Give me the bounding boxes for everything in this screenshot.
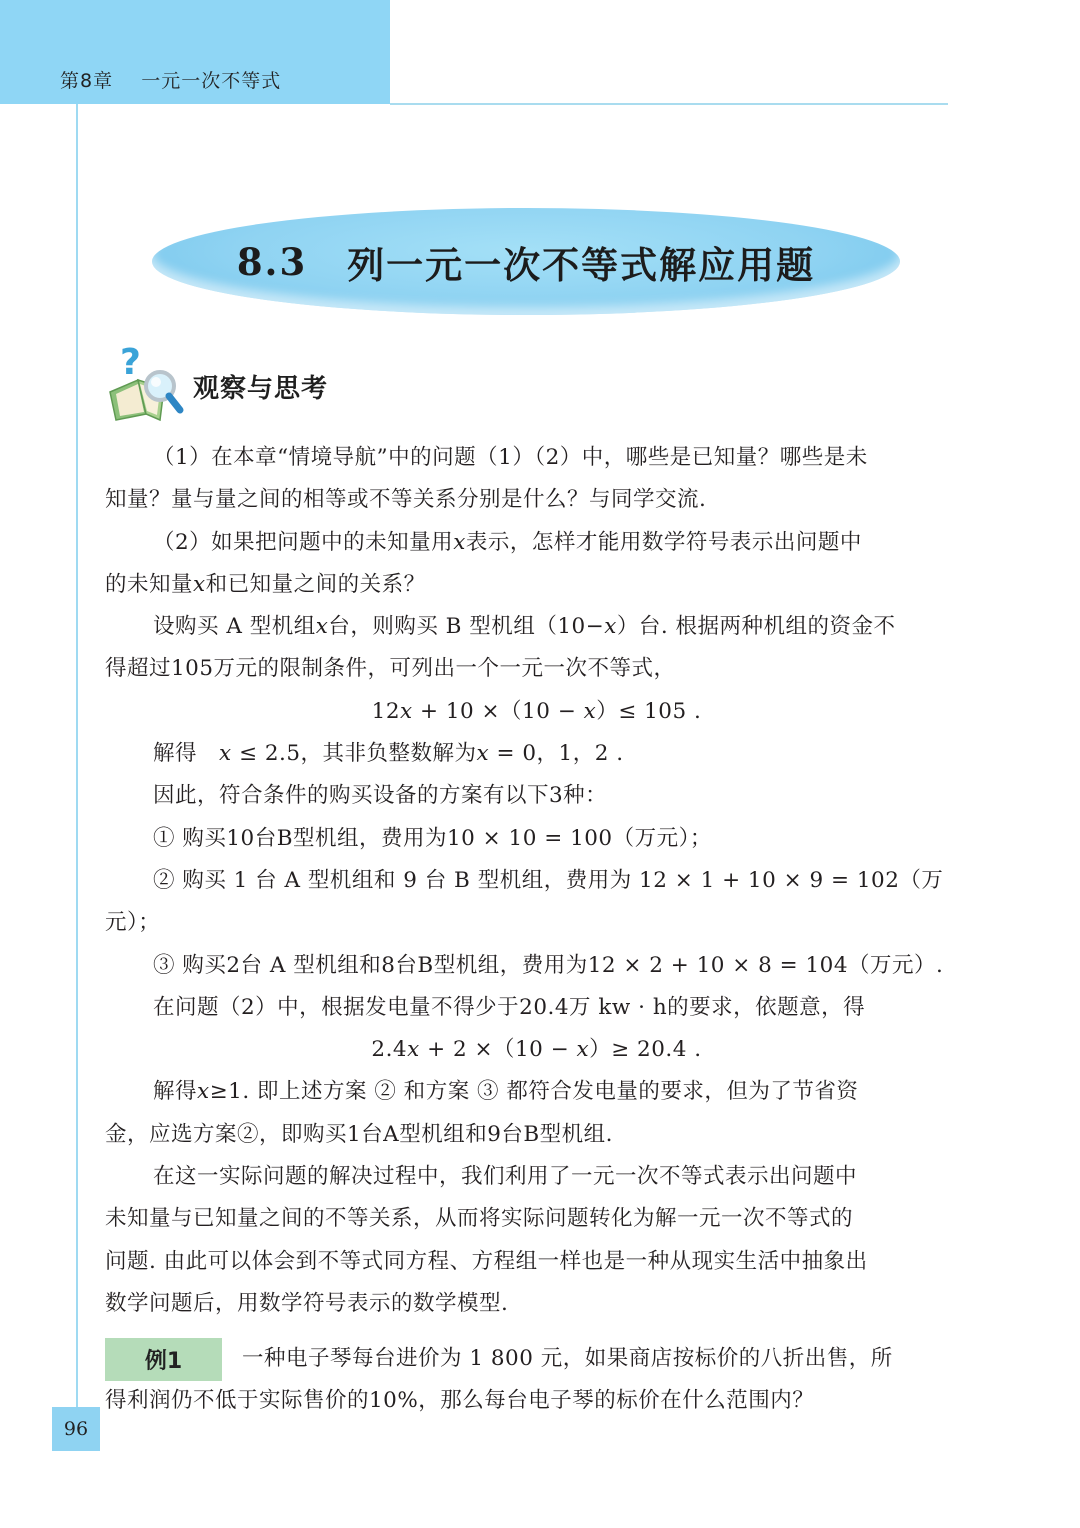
setup-line-2: 得超过105万元的限制条件，可列出一个一元一次不等式， [105, 648, 948, 690]
text: 台，则购买 B 型机组（10− [328, 614, 604, 639]
solution-1: 解得 x ≤ 2.5，其非负整数解为x = 0，1，2 . [105, 733, 948, 775]
summary-line-4: 数学问题后，用数学符号表示的数学模型. [105, 1283, 948, 1325]
text: 设购买 A 型机组 [153, 614, 316, 639]
variable-x: x [400, 699, 413, 724]
text: 的未知量 [105, 572, 193, 597]
section-title: 8.3 列一元一次不等式解应用题 [152, 208, 900, 315]
plan-3: ③ 购买2台 A 型机组和8台B型机组，费用为12 × 2 + 10 × 8 =… [105, 945, 948, 987]
plan-2-line-2: 元）； [105, 902, 948, 944]
plans-intro: 因此，符合条件的购买设备的方案有以下3种： [105, 775, 948, 817]
variable-x: x [477, 741, 490, 766]
variable-x: x [197, 1079, 210, 1104]
text: + 10 ×（10 − [413, 699, 584, 724]
solution-2-line-2: 金，应选方案②，即购买1台A型机组和9台B型机组. [105, 1114, 948, 1156]
text: ≤ 2.5，其非负整数解为 [232, 741, 477, 766]
question-2-line-1: （2）如果把问题中的未知量用x表示，怎样才能用数学符号表示出问题中 [105, 522, 948, 564]
solution-2-line-1: 解得x≥1. 即上述方案 ② 和方案 ③ 都符合发电量的要求，但为了节省资 [105, 1071, 948, 1113]
lesson-body: （1）在本章“情境导航”中的问题（1）（2）中，哪些是已知量？哪些是未 知量？量… [105, 437, 948, 1325]
plan-2-line-1: ② 购买 1 台 A 型机组和 9 台 B 型机组，费用为 12 × 1 + 1… [105, 860, 948, 902]
text: 表示，怎样才能用数学符号表示出问题中 [466, 530, 862, 555]
text: = 0，1，2 . [489, 741, 623, 766]
variable-x: x [407, 1037, 420, 1062]
summary-line-2: 未知量与已知量之间的不等关系，从而将实际问题转化为解一元一次不等式的 [105, 1198, 948, 1240]
question-1-line-1: （1）在本章“情境导航”中的问题（1）（2）中，哪些是已知量？哪些是未 [105, 437, 948, 479]
text: 解得 [153, 741, 219, 766]
text: ）≥ 20.4 . [589, 1037, 701, 1062]
text: 2.4 [371, 1037, 407, 1062]
question-1-line-2: 知量？量与量之间的相等或不等关系分别是什么？与同学交流. [105, 479, 948, 521]
inequality-1: 12x + 10 ×（10 − x）≤ 105 . [105, 691, 948, 733]
variable-x: x [316, 614, 329, 639]
inequality-2: 2.4x + 2 ×（10 − x）≥ 20.4 . [105, 1029, 948, 1071]
svg-text:?: ? [120, 342, 141, 383]
example-line-2: 得利润仍不低于实际售价的10%，那么每台电子琴的标价在什么范围内？ [105, 1380, 948, 1422]
text: 解得 [153, 1079, 197, 1104]
chapter-title: 一元一次不等式 [141, 70, 281, 92]
text: ）≤ 105 . [596, 699, 701, 724]
question-2-line-2: 的未知量x和已知量之间的关系？ [105, 564, 948, 606]
chapter-number: 第8章 [60, 70, 113, 92]
margin-line [76, 104, 78, 1409]
header-rule [390, 103, 948, 105]
text: （2）如果把问题中的未知量用 [153, 530, 453, 555]
section-number: 8.3 [237, 240, 307, 284]
chapter-header: 第8章 一元一次不等式 [60, 66, 281, 93]
text: ≥1. 即上述方案 ② 和方案 ③ 都符合发电量的要求，但为了节省资 [210, 1079, 859, 1104]
plan-1: ① 购买10台B型机组，费用为10 × 10 = 100（万元）； [105, 818, 948, 860]
variable-x: x [193, 572, 206, 597]
example-text: 一种电子琴每台进价为 1 800 元，如果商店按标价的八折出售，所 得利润仍不低… [105, 1338, 948, 1423]
summary-line-3: 问题. 由此可以体会到不等式同方程、方程组一样也是一种从现实生活中抽象出 [105, 1241, 948, 1283]
section-title-text: 列一元一次不等式解应用题 [347, 235, 815, 289]
text: 和已知量之间的关系？ [206, 572, 426, 597]
variable-x: x [577, 1037, 590, 1062]
question-2-analysis: 在问题（2）中，根据发电量不得少于20.4万 kw · h的要求，依题意，得 [105, 987, 948, 1029]
book-magnifier-question-icon: ? [102, 340, 186, 424]
observe-think-heading: 观察与思考 [193, 368, 328, 405]
setup-line-1: 设购买 A 型机组x台，则购买 B 型机组（10−x）台. 根据两种机组的资金不 [105, 606, 948, 648]
text: ）台. 根据两种机组的资金不 [617, 614, 896, 639]
page-number: 96 [52, 1407, 100, 1451]
variable-x: x [604, 614, 617, 639]
example-line-1: 一种电子琴每台进价为 1 800 元，如果商店按标价的八折出售，所 [105, 1338, 948, 1380]
text: 12 [372, 699, 400, 724]
variable-x: x [219, 741, 232, 766]
variable-x: x [584, 699, 597, 724]
text: + 2 ×（10 − [420, 1037, 577, 1062]
variable-x: x [453, 530, 466, 555]
summary-line-1: 在这一实际问题的解决过程中，我们利用了一元一次不等式表示出问题中 [105, 1156, 948, 1198]
